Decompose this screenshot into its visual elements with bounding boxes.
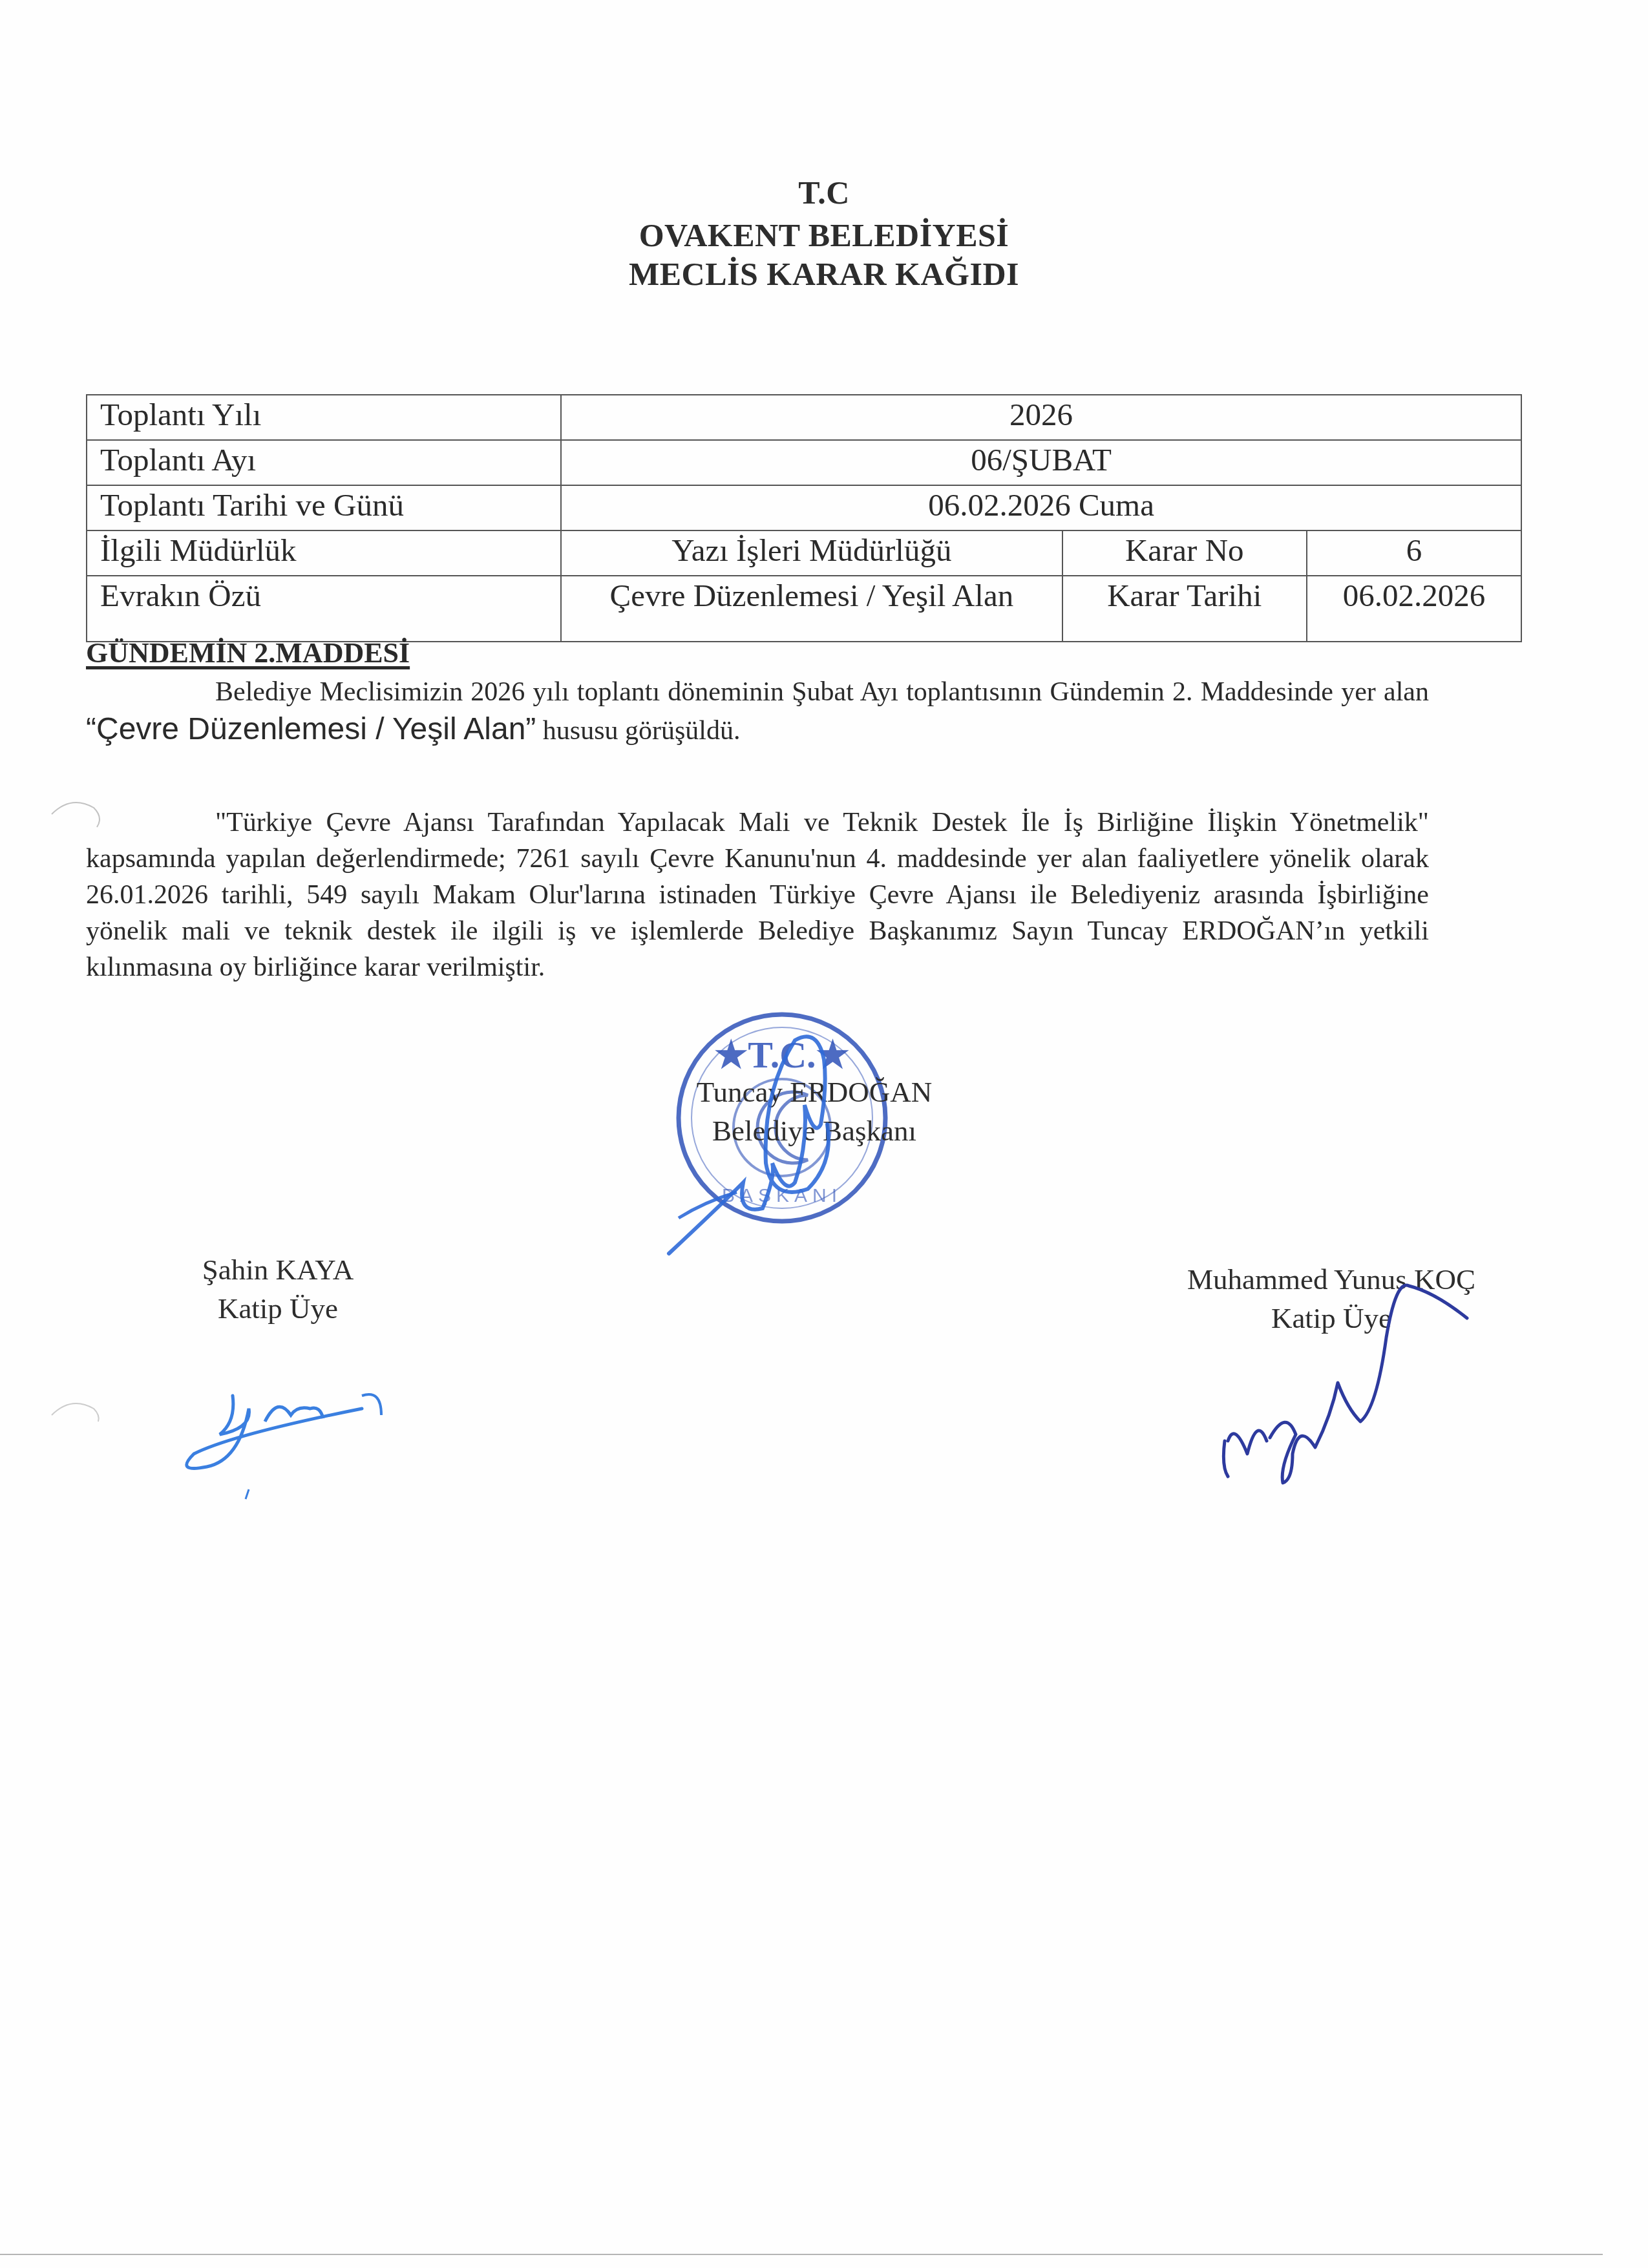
header-municipality: OVAKENT BELEDİYESİ — [0, 216, 1648, 255]
left-signature-block: Şahin KAYA Katip Üye — [155, 1250, 401, 1328]
agenda-paragraph-1: Belediye Meclisimizin 2026 yılı toplantı… — [86, 674, 1429, 750]
agenda-paragraph-2: "Türkiye Çevre Ajansı Tarafından Yapılac… — [86, 804, 1429, 985]
subject-value: Çevre Düzenlemesi / Yeşil Alan — [561, 576, 1062, 642]
directorate-label: İlgili Müdürlük — [87, 530, 561, 576]
table-row: Toplantı Ayı 06/ŞUBAT — [87, 440, 1521, 485]
table-row: İlgili Müdürlük Yazı İşleri Müdürlüğü Ka… — [87, 530, 1521, 576]
document-page: T.C OVAKENT BELEDİYESİ MECLİS KARAR KAĞI… — [0, 0, 1648, 2268]
paragraph-text: hususu görüşüldü. — [536, 716, 740, 746]
scan-mark-icon — [45, 1389, 123, 1441]
subject-quote: “Çevre Düzenlemesi / Yeşil Alan” — [86, 712, 536, 746]
meeting-month-value: 06/ŞUBAT — [561, 440, 1521, 485]
meeting-year-value: 2026 — [561, 395, 1521, 440]
header-tc: T.C — [0, 173, 1648, 212]
meeting-date-label: Toplantı Tarihi ve Günü — [87, 485, 561, 530]
table-row: Toplantı Yılı 2026 — [87, 395, 1521, 440]
directorate-value: Yazı İşleri Müdürlüğü — [561, 530, 1062, 576]
decision-date-label: Karar Tarihi — [1062, 576, 1307, 642]
left-signatory-title: Katip Üye — [155, 1289, 401, 1328]
agenda-heading: GÜNDEMİN 2.MADDESİ — [86, 636, 410, 669]
header-document-type: MECLİS KARAR KAĞIDI — [0, 255, 1648, 293]
right-signature-block: Muhammed Yunus KOÇ Katip Üye — [1137, 1260, 1525, 1338]
paragraph-text: Belediye Meclisimizin 2026 yılı toplantı… — [215, 677, 1429, 707]
left-signature-icon — [181, 1370, 427, 1499]
left-signatory-name: Şahin KAYA — [155, 1250, 401, 1289]
subject-label: Evrakın Özü — [87, 576, 561, 642]
decision-date-value: 06.02.2026 — [1307, 576, 1521, 642]
svg-text:★T.C.★: ★T.C.★ — [714, 1034, 849, 1076]
table-row: Evrakın Özü Çevre Düzenlemesi / Yeşil Al… — [87, 576, 1521, 642]
mayor-signature-block: Tuncay ERDOĞAN Belediye Başkanı — [666, 1073, 963, 1150]
mayor-title: Belediye Başkanı — [666, 1111, 963, 1150]
meeting-month-label: Toplantı Ayı — [87, 440, 561, 485]
right-signatory-name: Muhammed Yunus KOÇ — [1137, 1260, 1525, 1299]
meeting-info-table: Toplantı Yılı 2026 Toplantı Ayı 06/ŞUBAT… — [86, 394, 1522, 642]
page-bottom-edge — [0, 2254, 1603, 2255]
right-signatory-title: Katip Üye — [1137, 1299, 1525, 1338]
decision-no-label: Karar No — [1062, 530, 1307, 576]
svg-text:BAŞKANI: BAŞKANI — [722, 1185, 842, 1206]
table-row: Toplantı Tarihi ve Günü 06.02.2026 Cuma — [87, 485, 1521, 530]
decision-no-value: 6 — [1307, 530, 1521, 576]
document-header: T.C OVAKENT BELEDİYESİ MECLİS KARAR KAĞI… — [0, 173, 1648, 293]
meeting-year-label: Toplantı Yılı — [87, 395, 561, 440]
mayor-name: Tuncay ERDOĞAN — [666, 1073, 963, 1111]
meeting-date-value: 06.02.2026 Cuma — [561, 485, 1521, 530]
